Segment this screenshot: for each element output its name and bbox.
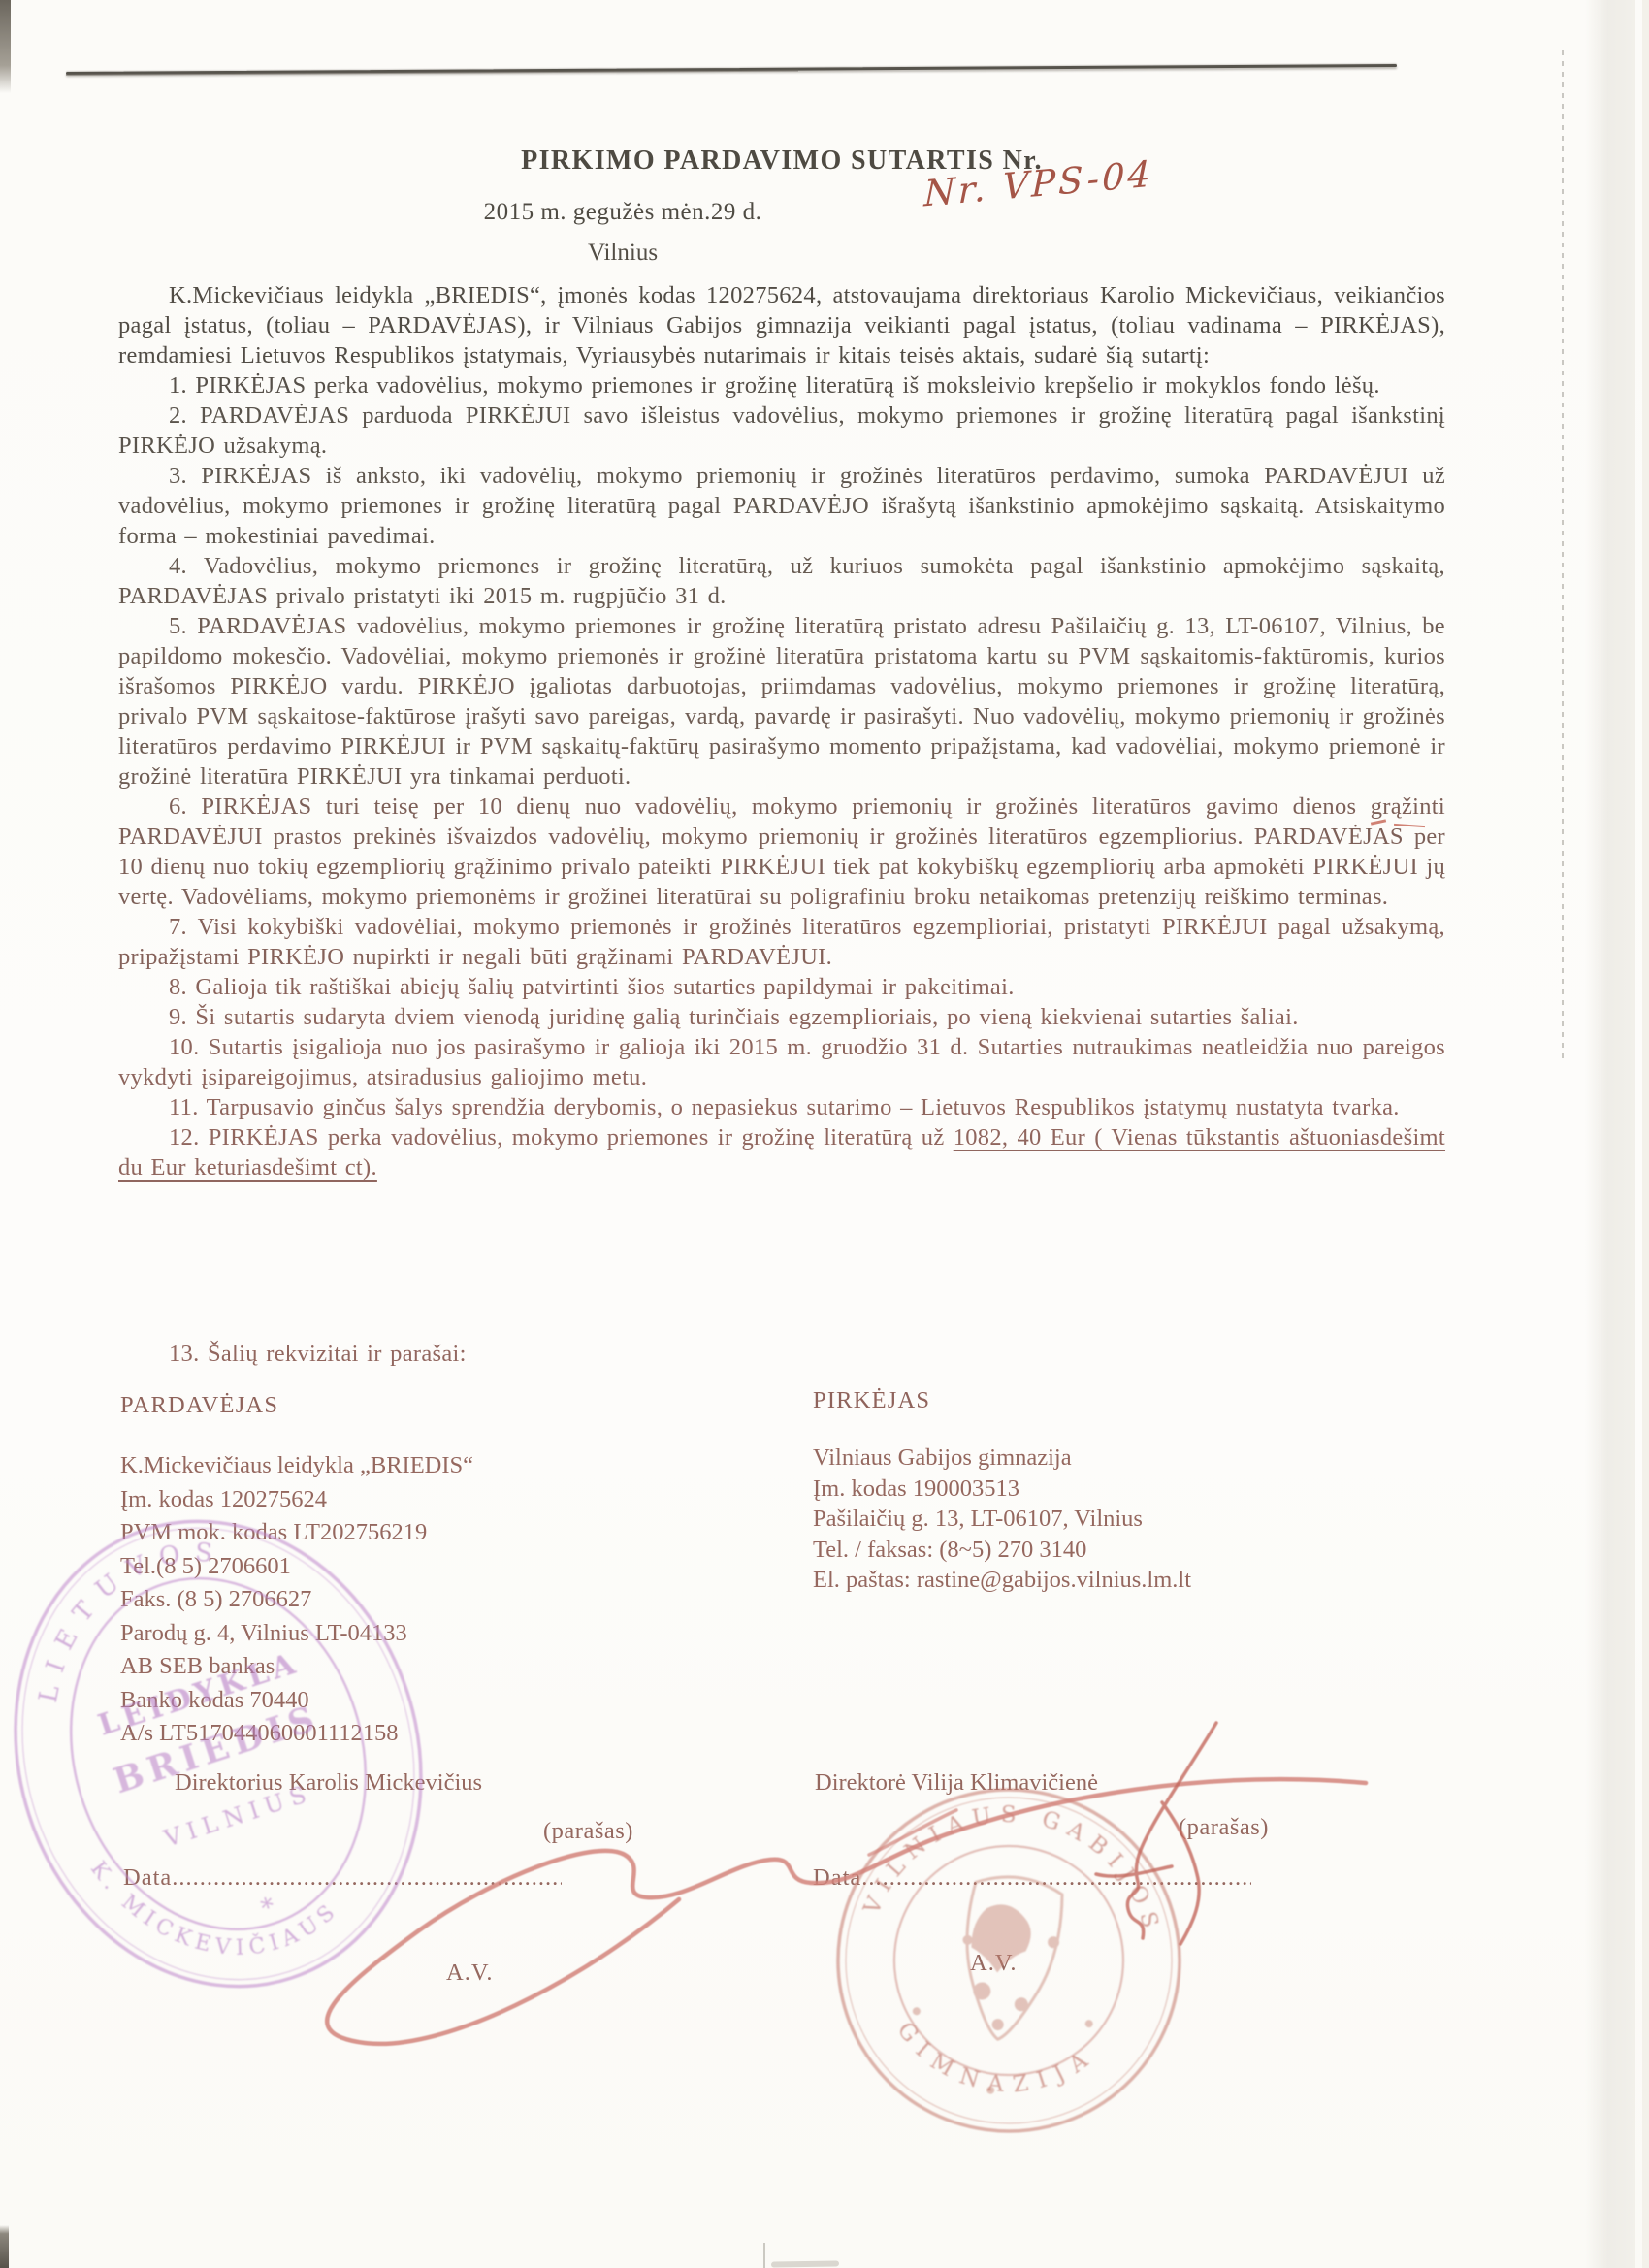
scan-artifact-top-line — [66, 64, 1397, 75]
clause-4: 4. Vadovėlius, mokymo priemones ir groži… — [118, 551, 1445, 611]
clause-8: 8. Galioja tik raštiškai abiejų šalių pa… — [118, 972, 1445, 1002]
buyer-school: Vilniaus Gabijos gimnazija — [813, 1442, 1191, 1474]
seller-address: Parodų g. 4, Vilnius LT-04133 — [120, 1617, 473, 1651]
seller-vat-code: PVM mok. kodas LT202756219 — [120, 1516, 473, 1550]
buyer-phone-fax: Tel. / faksas: (8~5) 270 3140 — [813, 1535, 1191, 1566]
clause-6: 6. PIRKĖJAS turi teisę per 10 dienų nuo … — [118, 792, 1445, 912]
clause-1: 1. PIRKĖJAS perka vadovėlius, mokymo pri… — [118, 371, 1445, 401]
scan-artifact-top-left-corner — [0, 0, 11, 93]
clause-7: 7. Visi kokybiški vadovėliai, mokymo pri… — [118, 912, 1445, 972]
seller-details: K.Mickevičiaus leidykla „BRIEDIS“ Įm. ko… — [120, 1449, 473, 1751]
scan-artifact-bottom-left-corner — [0, 2225, 9, 2268]
page-title: PIRKIMO PARDAVIMO SUTARTIS Nr. — [118, 146, 1445, 177]
scan-artifact-right-edge — [1642, 0, 1649, 2268]
clause-9: 9. Ši sutartis sudaryta dviem vienodą ju… — [118, 1002, 1445, 1032]
buyer-email: El. paštas: rastine@gabijos.vilnius.lm.l… — [813, 1565, 1191, 1596]
scanned-contract-page: PIRKIMO PARDAVIMO SUTARTIS Nr. 2015 m. g… — [0, 0, 1649, 2268]
buyer-signatory: Direktorė Vilija Klimavičienė — [815, 1769, 1098, 1797]
scan-artifact-bleedthrough-line — [1562, 50, 1564, 1064]
seller-signatory: Direktorius Karolis Mickevičius — [175, 1769, 482, 1797]
seller-bank-code: Banko kodas 70440 — [120, 1684, 473, 1718]
city-line: Vilnius — [118, 240, 1127, 267]
clause-12: 12. PIRKĖJAS perka vadovėlius, mokymo pr… — [118, 1122, 1445, 1183]
buyer-seal-label: A.V. — [970, 1950, 1017, 1977]
seller-date-line: Data....................................… — [123, 1864, 562, 1892]
scan-artifact-page-edge-shadow — [1585, 0, 1635, 2268]
clause-5: 5. PARDAVĖJAS vadovėlius, mokymo priemon… — [118, 611, 1445, 792]
seller-company: K.Mickevičiaus leidykla „BRIEDIS“ — [120, 1449, 473, 1483]
clause-3: 3. PIRKĖJAS iš anksto, iki vadovėlių, mo… — [118, 461, 1445, 551]
buyer-date-line: Data....................................… — [813, 1864, 1251, 1892]
buyer-details: Vilniaus Gabijos gimnazija Įm. kodas 190… — [813, 1442, 1191, 1596]
buyer-address: Pašilaičių g. 13, LT-06107, Vilnius — [813, 1504, 1191, 1535]
buyer-signature-label: (parašas) — [1179, 1814, 1269, 1841]
seller-heading: PARDAVĖJAS — [120, 1392, 278, 1419]
buyer-company-code: Įm. kodas 190003513 — [813, 1474, 1191, 1505]
seller-bank: AB SEB bankas — [120, 1650, 473, 1684]
clause-12-text: 12. PIRKĖJAS perka vadovėlius, mokymo pr… — [169, 1124, 954, 1150]
seller-seal-label: A.V. — [446, 1960, 493, 1987]
seller-company-code: Įm. kodas 120275624 — [120, 1483, 473, 1517]
clause-10: 10. Sutartis įsigalioja nuo jos pasirašy… — [118, 1032, 1445, 1092]
seller-fax: Faks. (8 5) 2706627 — [120, 1583, 473, 1617]
seller-account: A/s LT517044060001112158 — [120, 1717, 473, 1751]
buyer-heading: PIRKĖJAS — [813, 1387, 930, 1414]
seller-phone: Tel.(8 5) 2706601 — [120, 1550, 473, 1584]
contract-body: K.Mickevičiaus leidykla „BRIEDIS“, įmonė… — [118, 280, 1445, 1183]
requisites-section: 13. Šalių rekvizitai ir parašai: PARDAVĖ… — [118, 1331, 1455, 2268]
seller-signature-label: (parašas) — [543, 1818, 633, 1845]
clause-2: 2. PARDAVĖJAS parduoda PIRKĖJUI savo išl… — [118, 401, 1445, 461]
clause-11: 11. Tarpusavio ginčus šalys sprendžia de… — [118, 1092, 1445, 1122]
clause-13: 13. Šalių rekvizitai ir parašai: — [118, 1339, 1445, 1369]
intro-paragraph: K.Mickevičiaus leidykla „BRIEDIS“, įmonė… — [118, 280, 1445, 371]
